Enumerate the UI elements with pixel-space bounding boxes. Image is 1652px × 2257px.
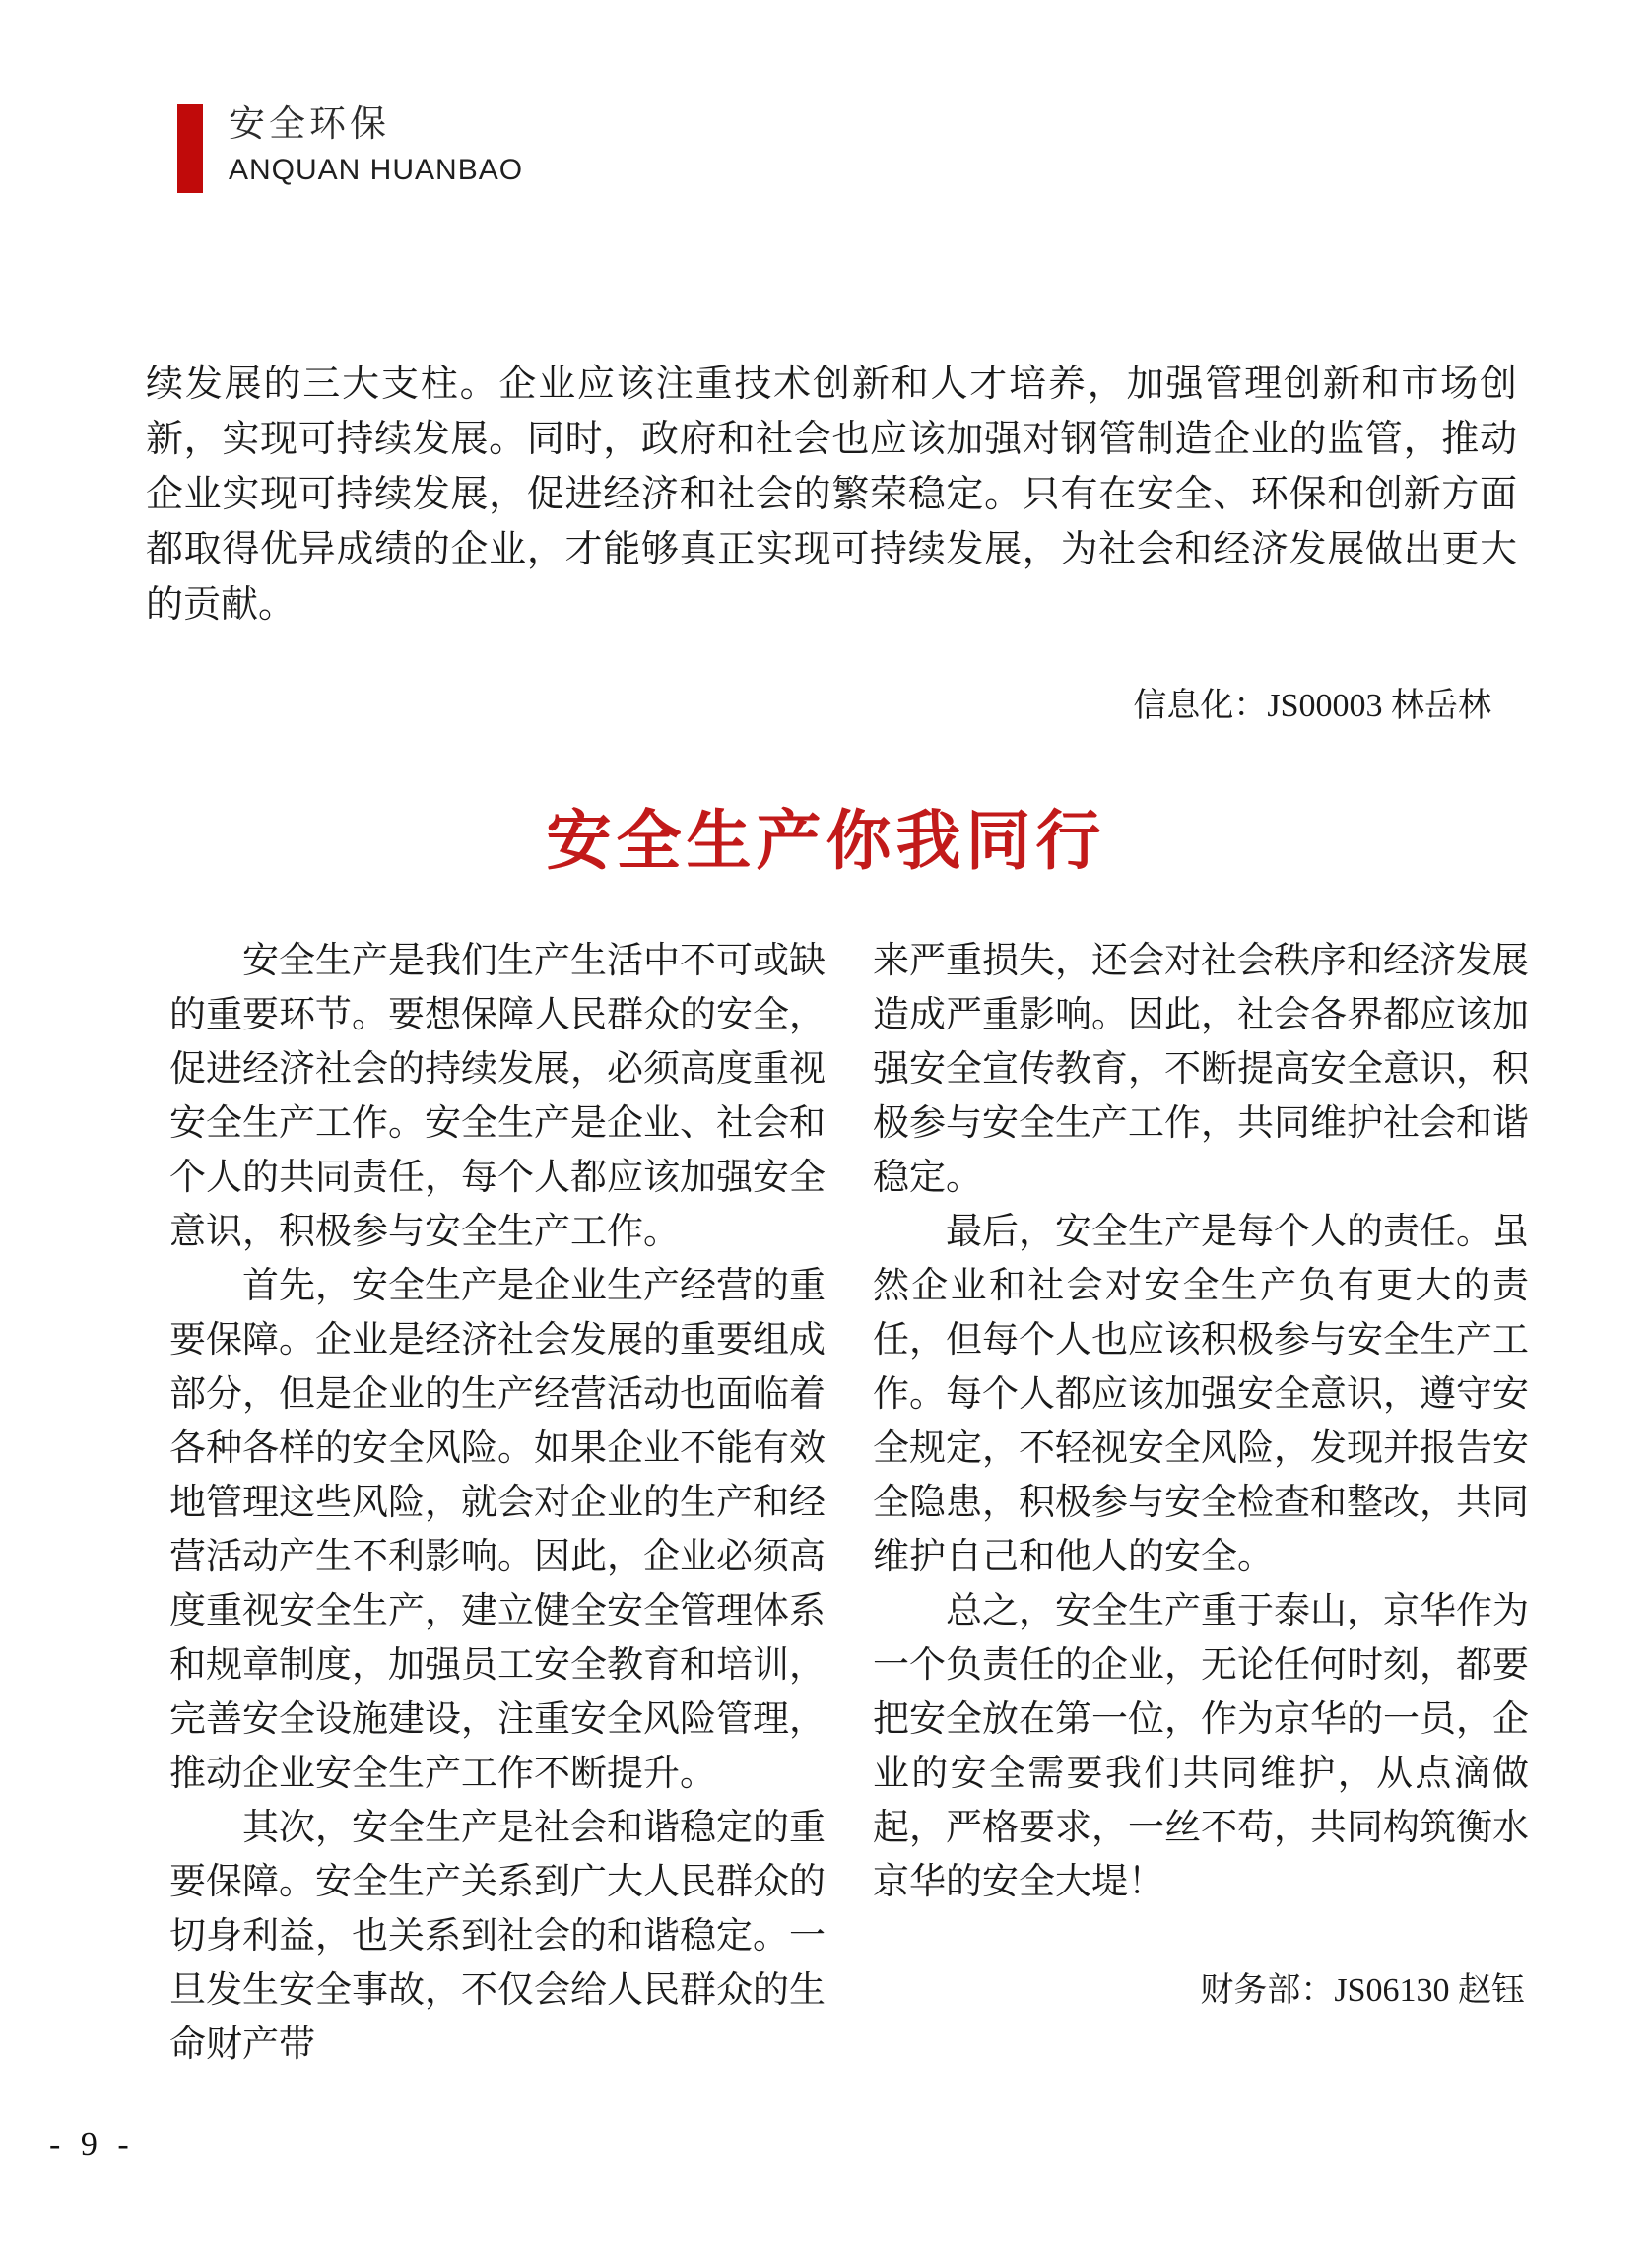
page: 安全环保 ANQUAN HUANBAO 续发展的三大支柱。企业应该注重技术创新和… [0,0,1652,2257]
left-column: 安全生产是我们生产生活中不可或缺的重要环节。要想保障人民群众的安全，促进经济社会… [169,934,826,2072]
page-footer: - 9 - [49,2126,135,2163]
paragraph: 最后，安全生产是每个人的责任。虽然企业和社会对安全生产负有更大的责任，但每个人也… [873,1205,1529,1584]
header-red-bar-decoration [177,104,203,193]
paragraph: 其次，安全生产是社会和谐稳定的重要保障。安全生产关系到广大人民群众的切身利益，也… [169,1801,826,2072]
section-title-cn: 安全环保 [229,104,523,146]
paragraph: 首先，安全生产是企业生产经营的重要保障。企业是经济社会发展的重要组成部分，但是企… [169,1259,826,1801]
header-text-block: 安全环保 ANQUAN HUANBAO [229,104,523,193]
right-column: 来严重损失，还会对社会秩序和经济发展造成严重影响。因此，社会各界都应该加强安全宣… [873,934,1529,2072]
intro-byline: 信息化：JS00003 林岳林 [146,678,1517,726]
article-body: 安全生产是我们生产生活中不可或缺的重要环节。要想保障人民群众的安全，促进经济社会… [169,934,1529,2072]
page-number: - 9 - [49,2126,135,2162]
article-title: 安全生产你我同行 [0,788,1652,882]
paragraph: 安全生产是我们生产生活中不可或缺的重要环节。要想保障人民群众的安全，促进经济社会… [169,934,826,1259]
article-byline: 财务部：JS06130 赵钰 [873,1963,1529,2018]
intro-paragraph: 续发展的三大支柱。企业应该注重技术创新和人才培养，加强管理创新和市场创新，实现可… [146,357,1517,632]
paragraph-continuation: 来严重损失，还会对社会秩序和经济发展造成严重影响。因此，社会各界都应该加强安全宣… [873,934,1529,1205]
paragraph: 总之，安全生产重于泰山，京华作为一个负责任的企业，无论任何时刻，都要把安全放在第… [873,1584,1529,1909]
page-header: 安全环保 ANQUAN HUANBAO [177,104,523,193]
intro-section: 续发展的三大支柱。企业应该注重技术创新和人才培养，加强管理创新和市场创新，实现可… [146,357,1517,726]
section-title-en: ANQUAN HUANBAO [229,154,523,187]
